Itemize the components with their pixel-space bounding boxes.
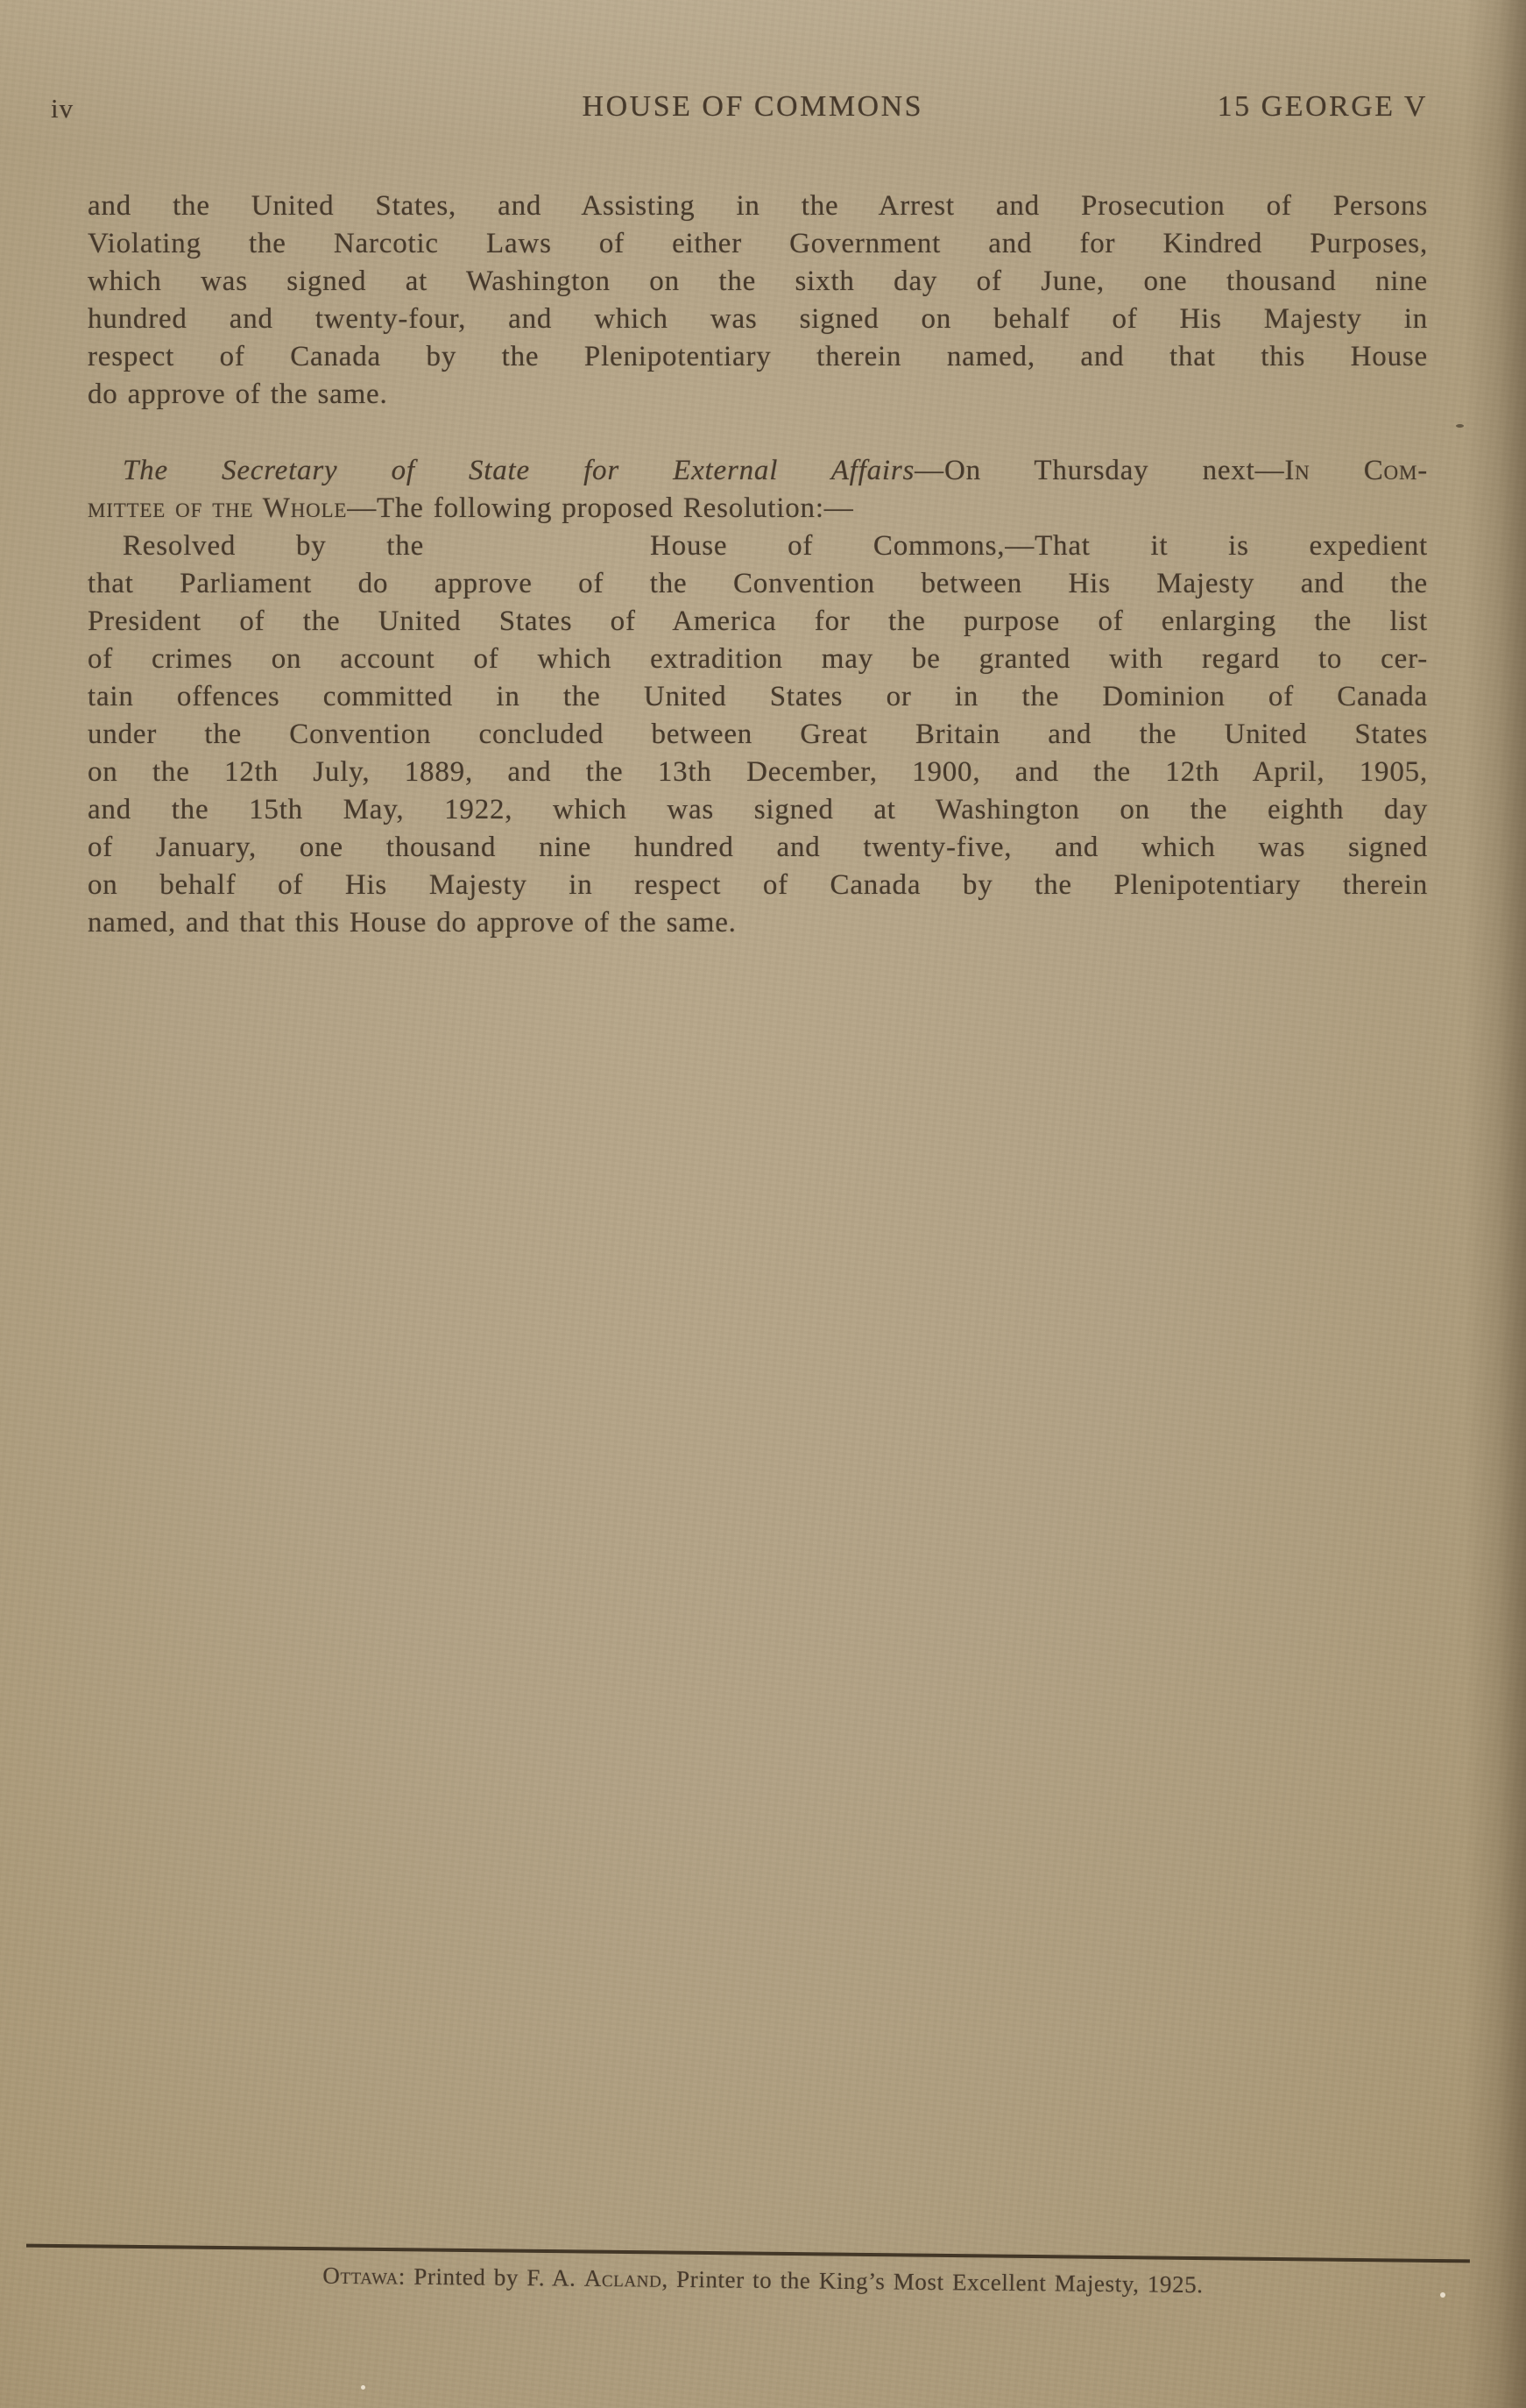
text-segment: and the United States, and Assisting in …: [88, 190, 1428, 222]
text-line: Violating the Narcotic Laws of either Go…: [88, 225, 1428, 263]
text-line: and the 15th May, 1922, which was signed…: [88, 791, 1428, 829]
text-line: respect of Canada by the Plenipotentiary…: [88, 338, 1428, 376]
page-number: iv: [51, 93, 74, 124]
text-segment: President of the United States of Americ…: [88, 606, 1428, 637]
text-segment: In Com-: [1284, 455, 1428, 486]
text-line: under the Convention concluded between G…: [88, 716, 1428, 754]
text-segment: do approve of the same.: [88, 379, 388, 410]
page-edge-shadow: [1465, 0, 1526, 2408]
text-segment: Ottawa:: [322, 2263, 406, 2290]
text-segment: of January, one thousand nine hundred an…: [88, 832, 1428, 863]
text-segment: which was signed at Washington on the si…: [88, 266, 1428, 297]
text-line: Resolved by theHouse of Commons,—That it…: [88, 528, 1428, 565]
text-segment: that Parliament do approve of the Conven…: [88, 568, 1428, 599]
text-line: tain offences committed in the United St…: [88, 678, 1428, 716]
text-segment: of crimes on account of which extraditio…: [88, 643, 1428, 675]
text-line: mittee of the Whole—The following propos…: [88, 490, 1428, 528]
text-line: of January, one thousand nine hundred an…: [88, 829, 1428, 867]
text-line: on the 12th July, 1889, and the 13th Dec…: [88, 754, 1428, 791]
text-segment: —The following proposed Resolution:—: [347, 492, 853, 524]
text-line: The Secretary of State for External Affa…: [88, 452, 1428, 490]
text-segment: tain offences committed in the United St…: [88, 681, 1428, 712]
text-line: and the United States, and Assisting in …: [88, 188, 1428, 225]
text-segment: Resolved by the: [123, 530, 424, 562]
text-segment: , Printer to the King’s Most Excellent M…: [661, 2266, 1204, 2298]
footer-rule: [26, 2244, 1470, 2263]
text-segment: hundred and twenty-four, and which was s…: [88, 303, 1428, 335]
imprint-line: Ottawa: Printed by F. A. Acland, Printer…: [0, 2259, 1526, 2302]
continuation-paragraph: and the United States, and Assisting in …: [88, 188, 1428, 414]
text-segment: named, and that this House do approve of…: [88, 907, 737, 938]
paper-speck: [361, 2385, 365, 2390]
text-line: which was signed at Washington on the si…: [88, 263, 1428, 301]
text-line: of crimes on account of which extraditio…: [88, 641, 1428, 678]
text-segment: on the 12th July, 1889, and the 13th Dec…: [88, 756, 1428, 788]
text-segment: mittee of the Whole: [88, 492, 347, 524]
text-segment: and the 15th May, 1922, which was signed…: [88, 794, 1428, 825]
text-segment: House of Commons,—That it is expedient: [650, 530, 1428, 562]
text-line: that Parliament do approve of the Conven…: [88, 565, 1428, 603]
paper-speck: [1456, 424, 1464, 428]
running-title: HOUSE OF COMMONS: [583, 90, 924, 124]
text-segment: Acland: [584, 2265, 662, 2292]
scanned-page: iv HOUSE OF COMMONS 15 GEORGE V and the …: [0, 0, 1526, 2408]
text-segment: Violating the Narcotic Laws of either Go…: [88, 228, 1428, 259]
text-line: hundred and twenty-four, and which was s…: [88, 301, 1428, 338]
text-line: do approve of the same.: [88, 376, 1428, 414]
text-segment: The Secretary of State for External Affa…: [123, 455, 915, 486]
text-segment: under the Convention concluded between G…: [88, 719, 1428, 750]
text-line: on behalf of His Majesty in respect of C…: [88, 867, 1428, 904]
text-segment: Printed by F. A.: [406, 2263, 584, 2291]
text-line: President of the United States of Americ…: [88, 603, 1428, 641]
resolution-paragraph: Resolved by theHouse of Commons,—That it…: [88, 528, 1428, 942]
page-body: and the United States, and Assisting in …: [88, 188, 1428, 942]
text-segment: —On Thursday next—: [915, 455, 1284, 486]
text-segment: on behalf of His Majesty in respect of C…: [88, 869, 1428, 901]
notice-paragraph: The Secretary of State for External Affa…: [88, 452, 1428, 528]
regnal-year: 15 GEORGE V: [1218, 90, 1428, 124]
text-line: named, and that this House do approve of…: [88, 904, 1428, 942]
text-segment: respect of Canada by the Plenipotentiary…: [88, 341, 1428, 372]
